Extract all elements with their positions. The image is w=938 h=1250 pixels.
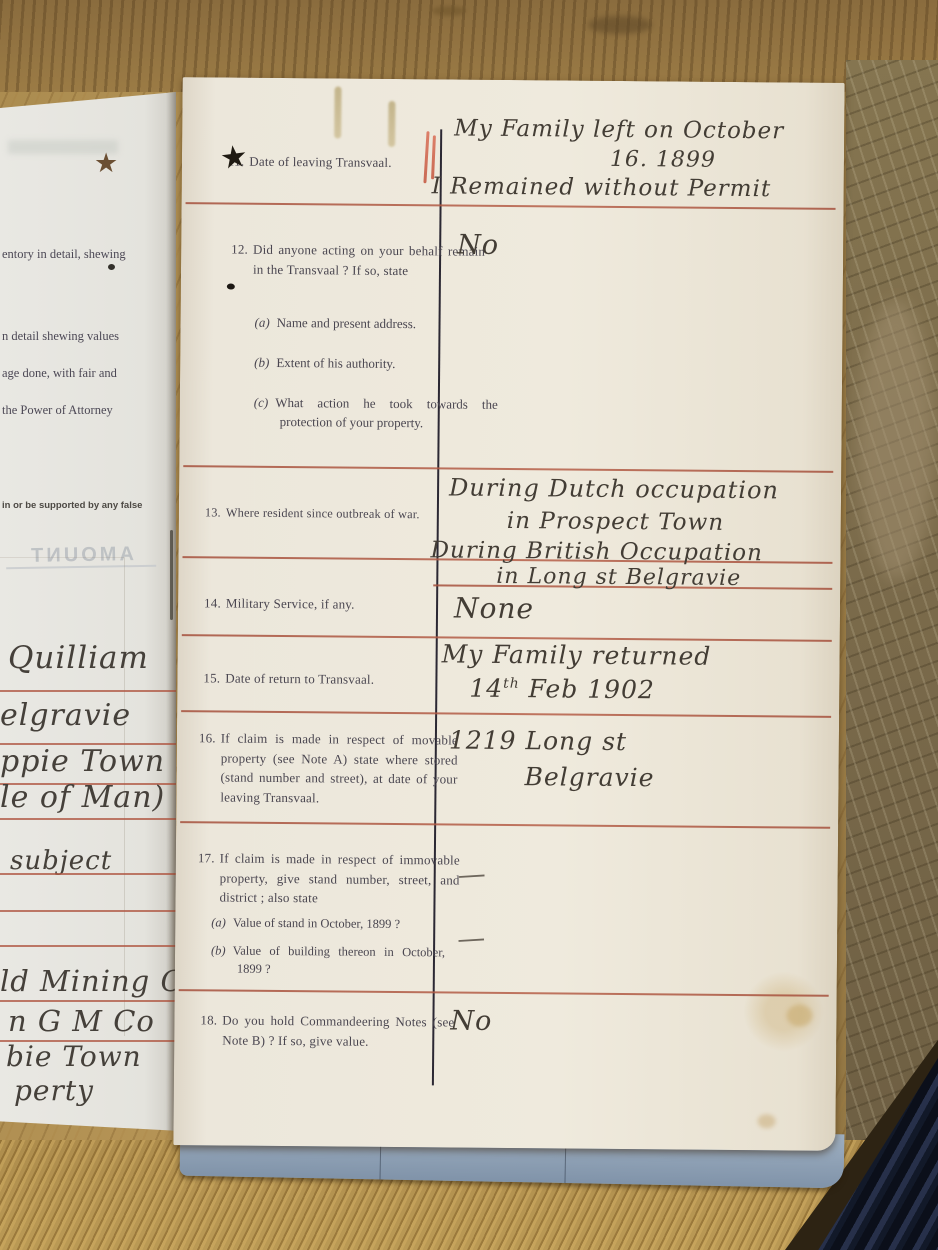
answer-15-day-suffix: th — [503, 676, 520, 692]
wood-stain — [588, 16, 652, 34]
answer-16-line-2: Belgravie — [524, 762, 654, 792]
answer-15-date-rest: Feb 1902 — [519, 674, 655, 704]
question-16-text: If claim is made in respect of movable p… — [220, 730, 458, 804]
gutter-ink-mark — [170, 530, 173, 620]
round-punch-dot — [227, 284, 235, 290]
question-17a-text: Value of stand in October, 1899 ? — [233, 916, 400, 931]
question-12c-label: (c) — [254, 395, 276, 410]
wood-worn-patch — [858, 300, 934, 580]
handwriting-line: perty — [14, 1074, 94, 1107]
question-12b: (b)Extent of his authority. — [254, 354, 490, 375]
question-17b-text: Value of building thereon in October, 18… — [233, 944, 446, 976]
answer-13-line-2: in Prospect Town — [507, 508, 724, 536]
question-14-number: 14. — [204, 595, 226, 610]
printed-fragment: the Power of Attorney — [2, 402, 113, 418]
question-15-number: 15. — [203, 670, 225, 685]
answer-13-line-4: in Long st Belgravie — [496, 564, 741, 591]
answer-13-line-3: During British Occupation — [430, 537, 763, 566]
question-12b-text: Extent of his authority. — [276, 355, 395, 371]
answer-11-line-1: My Family left on October — [454, 116, 784, 145]
answer-16-line-1: 1219 Long st — [449, 725, 627, 756]
handwriting-line: elgravie — [0, 698, 131, 733]
row-rule — [180, 821, 830, 829]
question-13-number: 13. — [205, 505, 226, 519]
question-12-text: Did anyone acting on your behalf remain … — [253, 242, 485, 278]
question-12a-text: Name and present address. — [277, 315, 416, 331]
printed-fragment-small: in or be supported by any false — [2, 500, 142, 511]
question-16: 16.If claim is made in respect of movabl… — [198, 728, 458, 808]
answer-12: No — [457, 230, 499, 261]
answer-15-day: 14 — [469, 674, 503, 703]
paper-stain — [334, 86, 341, 138]
paper-stain — [388, 101, 395, 147]
question-12a: (a)Name and present address. — [254, 314, 490, 335]
question-17b-label: (b) — [211, 943, 233, 957]
printed-fragment: entory in detail, shewing — [2, 246, 126, 262]
handwriting-line: subject — [10, 846, 112, 876]
round-punch-dot — [108, 264, 115, 270]
answer-17a-dash: — — [457, 867, 484, 883]
answer-18: No — [450, 1006, 492, 1037]
left-page: ★ entory in detail, shewing n detail she… — [0, 92, 176, 1136]
handwriting-line: n G M Co — [8, 1004, 155, 1038]
wood-stain — [432, 6, 466, 16]
question-17b: (b)Value of building thereon in October,… — [211, 941, 445, 979]
answer-13-line-1: During Dutch occupation — [449, 473, 779, 504]
question-12-number: 12. — [231, 242, 253, 257]
photo-scene: ★ entory in detail, shewing n detail she… — [0, 0, 938, 1250]
claim-form-page: 11.Date of leaving Transvaal. ★ My Famil… — [173, 77, 844, 1151]
printed-fragment: n detail shewing values — [2, 328, 119, 344]
question-18: 18.Do you hold Commandeering Notes (see … — [200, 1010, 454, 1051]
answer-15-line-2: 14th Feb 1902 — [469, 674, 655, 705]
question-14-text: Military Service, if any. — [226, 596, 355, 612]
question-11: 11.Date of leaving Transvaal. — [228, 152, 455, 173]
question-12: 12.Did anyone acting on your behalf rema… — [231, 240, 485, 281]
question-17a-label: (a) — [211, 915, 233, 929]
question-17-text: If claim is made in respect of immovable… — [219, 850, 459, 905]
question-13: 13.Where resident since outbreak of war. — [205, 503, 477, 524]
handwriting-line: ppie Town — [0, 744, 165, 779]
question-12c-text: What action he took towards the protecti… — [275, 395, 498, 430]
ruled-line — [0, 910, 176, 912]
ruled-line — [0, 1000, 176, 1002]
paper-stain — [758, 1114, 776, 1128]
question-12a-label: (a) — [254, 315, 276, 330]
answer-14: None — [454, 592, 534, 626]
question-16-number: 16. — [199, 730, 221, 745]
question-13-text: Where resident since outbreak of war. — [226, 506, 420, 522]
question-15-text: Date of return to Transvaal. — [225, 671, 374, 687]
wood-table-top-band — [0, 0, 938, 92]
question-18-number: 18. — [200, 1012, 222, 1027]
ruled-line — [0, 818, 176, 820]
ruled-line — [0, 945, 176, 947]
question-14: 14.Military Service, if any. — [204, 593, 446, 615]
handwriting-line: le of Man) — [0, 780, 165, 815]
row-rule — [186, 202, 836, 210]
wood-table-right-band — [846, 60, 938, 1160]
handwriting-line: Quilliam — [8, 640, 149, 676]
handwriting-line: bie Town — [6, 1040, 142, 1073]
answer-11-line-2: 16. 1899 — [610, 147, 716, 173]
printed-fragment: age done, with fair and — [2, 365, 117, 381]
handwriting-line: ld Mining Co — [0, 964, 202, 998]
row-rule — [183, 465, 833, 473]
row-rule — [181, 710, 831, 718]
ruled-line — [0, 873, 176, 875]
row-rule — [179, 989, 829, 997]
question-17-number: 17. — [198, 850, 220, 865]
answer-17b-dash: — — [457, 931, 484, 947]
question-17: 17.If claim is made in respect of immova… — [197, 848, 460, 909]
question-11-text: Date of leaving Transvaal. — [249, 154, 392, 170]
question-12c: (c)What action he took towards the prote… — [254, 394, 498, 434]
question-15: 15.Date of return to Transvaal. — [203, 668, 445, 690]
answer-11-line-3: I Remained without Permit — [432, 173, 772, 202]
star-punch-hole: ★ — [218, 140, 250, 174]
question-18-text: Do you hold Commandeering Notes (see Not… — [222, 1013, 454, 1049]
question-17a: (a)Value of stand in October, 1899 ? — [211, 913, 472, 933]
star-punch-hole: ★ — [94, 150, 118, 177]
question-12b-label: (b) — [254, 355, 276, 370]
ruled-line — [0, 690, 176, 692]
paper-stain — [786, 1004, 812, 1026]
answer-15-line-1: My Family returned — [442, 639, 712, 670]
